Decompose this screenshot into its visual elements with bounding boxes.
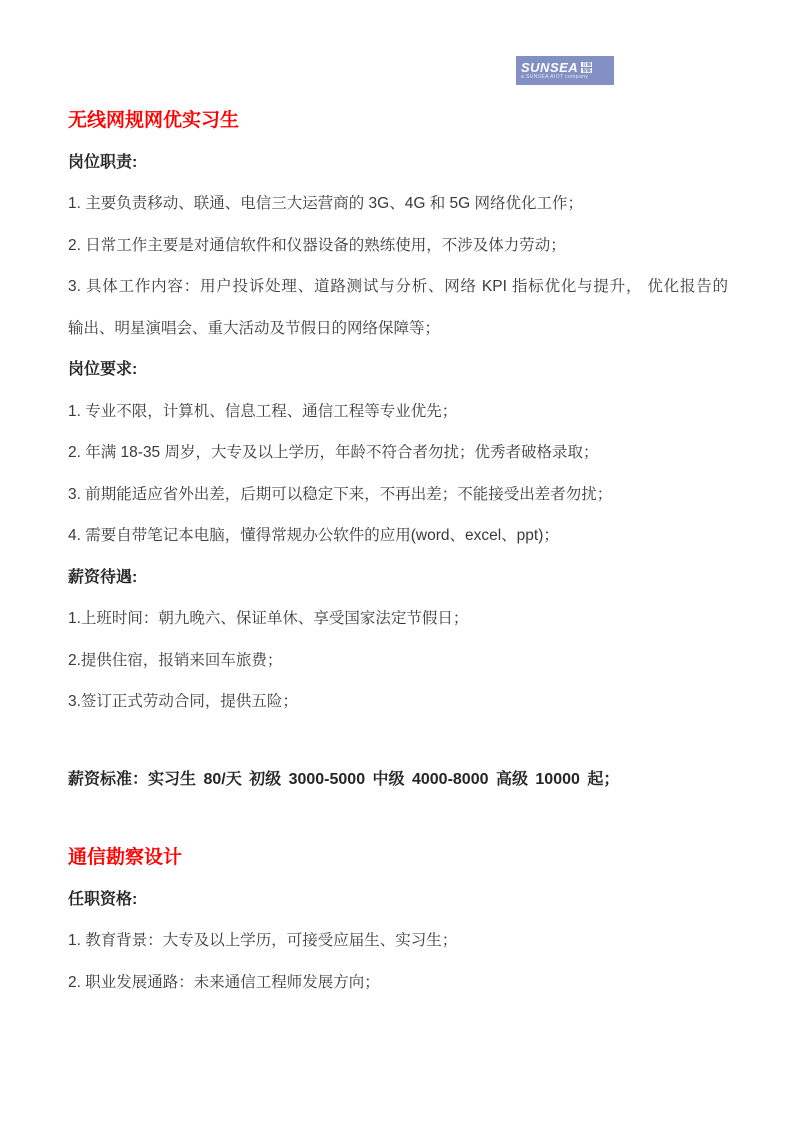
job1-benefit-item: 2.提供住宿，报销来回车旅费； — [68, 640, 728, 682]
job1-title: 无线网规网优实习生 — [68, 100, 728, 142]
logo-subtitle: a SUNSEA AIOT company — [521, 74, 610, 81]
job1-requirement-item: 3. 前期能适应省外出差，后期可以稳定下来，不再出差；不能接受出差者勿扰； — [68, 474, 728, 516]
document-content: 无线网规网优实习生 岗位职责: 1. 主要负责移动、联通、电信三大运营商的 3G… — [68, 100, 728, 1003]
job1-responsibilities-heading: 岗位职责: — [68, 142, 728, 184]
job1-requirements-heading: 岗位要求: — [68, 349, 728, 391]
job1-responsibility-item: 2. 日常工作主要是对通信软件和仪器设备的熟练使用，不涉及体力劳动； — [68, 225, 728, 267]
job1-benefit-item: 3.签订正式劳动合同，提供五险； — [68, 681, 728, 723]
logo-cn-top: 日海 — [581, 62, 592, 67]
job2-title: 通信勘察设计 — [68, 837, 728, 879]
job1-benefits-heading: 薪资待遇: — [68, 557, 728, 599]
job1-responsibility-item-continued: 输出、明星演唱会、重大活动及节假日的网络保障等； — [68, 308, 728, 350]
job2-qualifications-heading: 任职资格: — [68, 879, 728, 921]
job1-salary-standard: 薪资标准：实习生 80/天 初级 3000-5000 中级 4000-8000 … — [68, 759, 728, 801]
logo-cn-bottom: 智联 — [581, 68, 592, 73]
job1-responsibility-item: 3. 具体工作内容：用户投诉处理、道路测试与分析、网络 KPI 指标优化与提升，… — [68, 266, 728, 308]
sunsea-logo: SUNSEA 日海 智联 a SUNSEA AIOT company — [516, 56, 614, 85]
logo-top-row: SUNSEA 日海 智联 — [521, 61, 610, 74]
logo-brand-text: SUNSEA — [521, 61, 578, 74]
blank-line — [68, 800, 728, 837]
job1-requirement-item: 1. 专业不限，计算机、信息工程、通信工程等专业优先； — [68, 391, 728, 433]
job1-benefit-item: 1.上班时间：朝九晚六、保证单休、享受国家法定节假日； — [68, 598, 728, 640]
blank-line — [68, 723, 728, 759]
logo-cn-chips: 日海 智联 — [581, 62, 592, 73]
job2-qualification-item: 1. 教育背景：大专及以上学历，可接受应届生、实习生； — [68, 920, 728, 962]
job1-responsibility-item: 1. 主要负责移动、联通、电信三大运营商的 3G、4G 和 5G 网络优化工作； — [68, 183, 728, 225]
job1-requirement-item: 4. 需要自带笔记本电脑，懂得常规办公软件的应用(word、excel、ppt)… — [68, 515, 728, 557]
job2-qualification-item: 2. 职业发展通路：未来通信工程师发展方向； — [68, 962, 728, 1004]
job1-requirement-item: 2. 年满 18-35 周岁，大专及以上学历，年龄不符合者勿扰；优秀者破格录取； — [68, 432, 728, 474]
document-page: SUNSEA 日海 智联 a SUNSEA AIOT company 无线网规网… — [0, 0, 793, 1122]
